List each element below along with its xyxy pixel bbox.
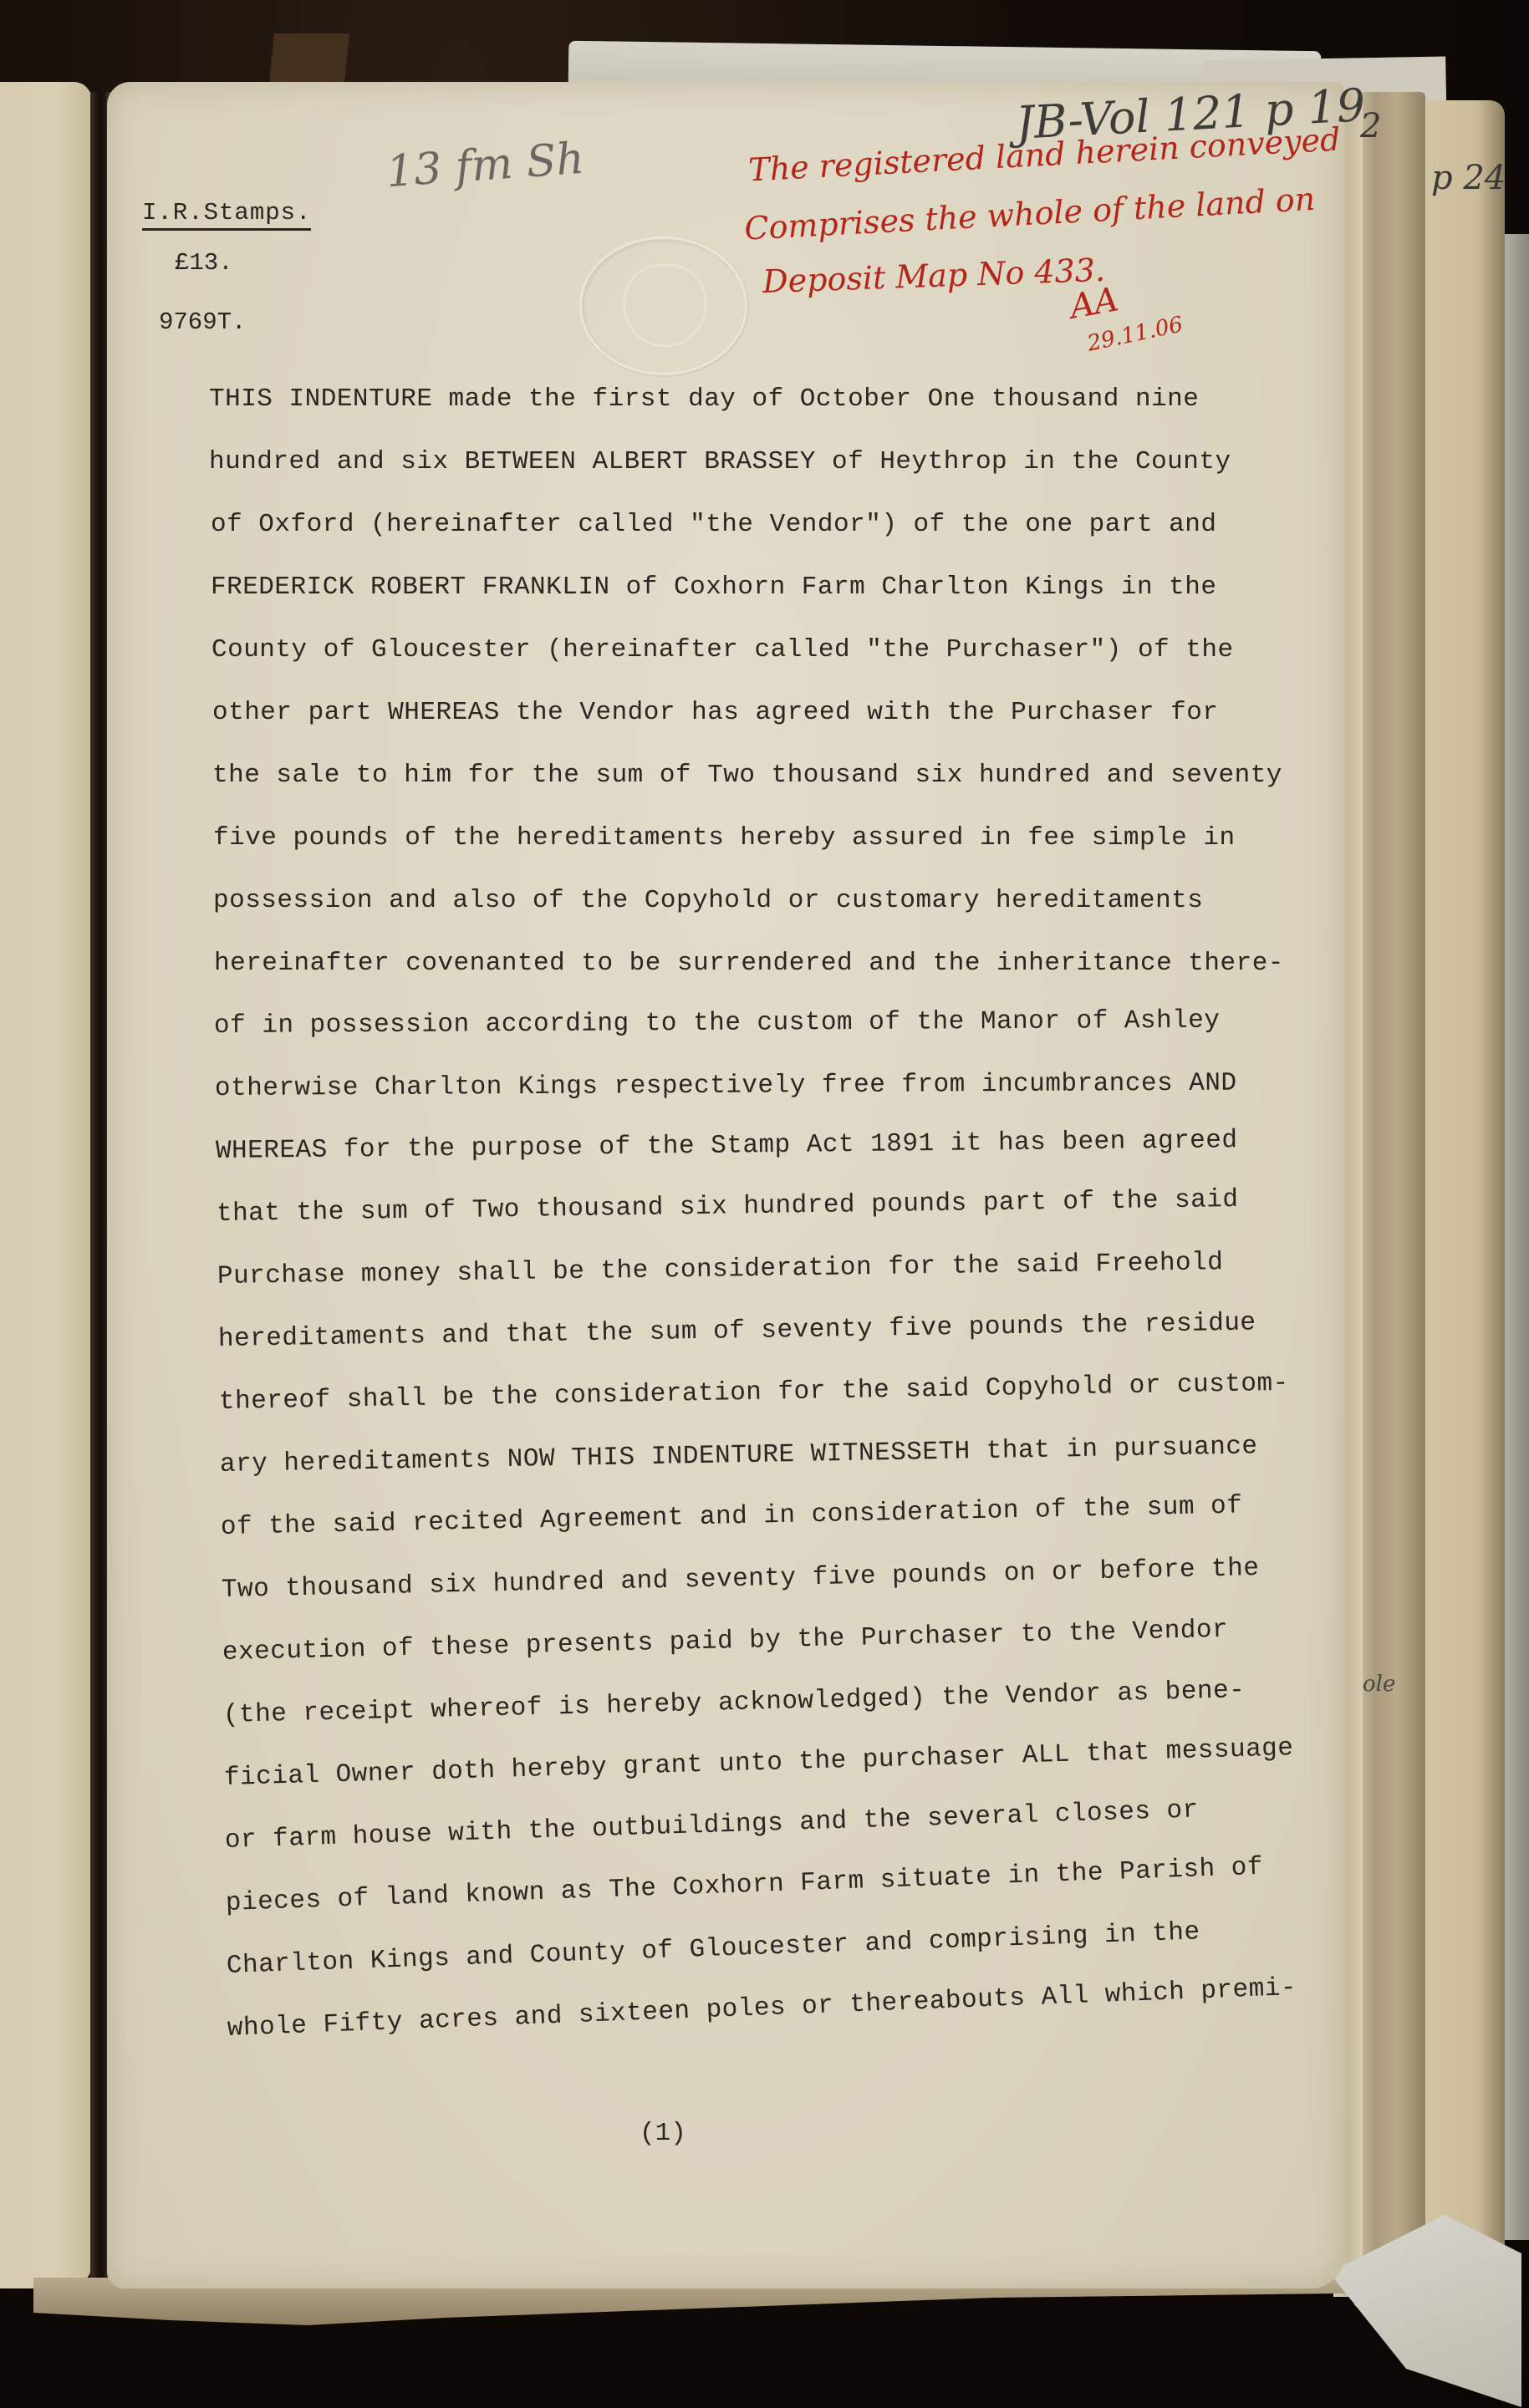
embossed-seal-icon	[579, 237, 747, 375]
body-line: hereinafter covenanted to be surrendered…	[214, 949, 1284, 978]
stamp-header: I.R.Stamps. £13. 9769T.	[142, 199, 311, 231]
stacked-page-middle	[1354, 92, 1425, 2307]
reference-number: 9769T.	[159, 308, 246, 336]
body-line: of in possession according to the custom…	[214, 1006, 1221, 1041]
stamp-amount: £13.	[175, 249, 233, 277]
underlying-document-edge	[1501, 234, 1529, 2240]
coat-of-arms-icon	[624, 264, 706, 347]
body-line: otherwise Charlton Kings respectively fr…	[215, 1069, 1237, 1103]
side-scribble: ole	[1363, 1672, 1395, 1697]
page-number: (1)	[640, 2119, 686, 2148]
body-line: other part WHEREAS the Vendor has agreed…	[212, 698, 1219, 727]
body-line: THIS INDENTURE made the first day of Oct…	[209, 384, 1199, 414]
body-line: County of Gloucester (hereinafter called…	[212, 635, 1234, 664]
body-line: possession and also of the Copyhold or c…	[213, 886, 1203, 915]
torn-paper-strip	[269, 33, 349, 84]
body-line: of Oxford (hereinafter called "the Vendo…	[211, 510, 1217, 539]
body-line: FREDERICK ROBERT FRANKLIN of Coxhorn Far…	[211, 573, 1217, 602]
red-ink-note: The registered land herein conveyed Comp…	[744, 125, 1341, 301]
body-line: the sale to him for the sum of Two thous…	[212, 761, 1282, 790]
stamps-label: I.R.Stamps.	[142, 199, 311, 231]
left-page-edge	[0, 82, 92, 2288]
side-page-reference: p 24	[1431, 159, 1506, 197]
body-line: hundred and six BETWEEN ALBERT BRASSEY o…	[209, 447, 1231, 476]
side-page-reference: 2	[1360, 107, 1381, 145]
stacked-page-far	[1413, 100, 1505, 2299]
body-line: five pounds of the hereditaments hereby …	[213, 823, 1236, 853]
